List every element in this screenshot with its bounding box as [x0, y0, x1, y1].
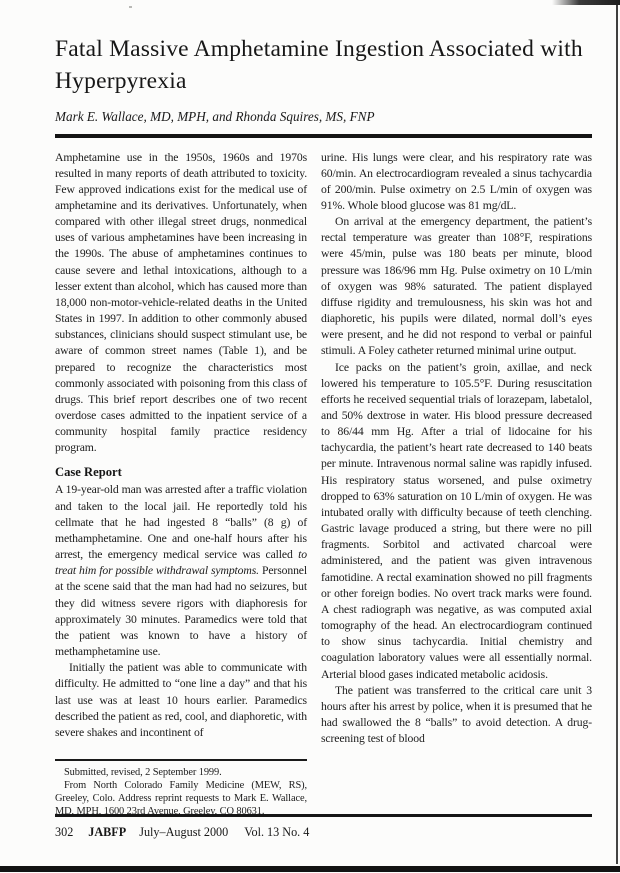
article-authors: Mark E. Wallace, MD, MPH, and Rhonda Squ… [55, 108, 592, 125]
case-paragraph-rest: Personnel at the scene said that the man… [55, 564, 307, 658]
section-heading-case-report: Case Report [55, 465, 307, 480]
paragraph-intro: Amphetamine use in the 1950s, 1960s and … [55, 150, 307, 457]
footnote-submitted: Submitted, revised, 2 September 1999. [55, 766, 307, 779]
volume-number: Vol. 13 No. 4 [244, 825, 309, 839]
scan-artifact-top-right [552, 0, 620, 5]
page-number: 302 [55, 825, 73, 839]
footnote-block: Submitted, revised, 2 September 1999. Fr… [55, 759, 307, 818]
footer-divider [55, 814, 592, 817]
case-paragraph-lead: A 19-year-old man was arrested after a t… [55, 483, 307, 561]
title-divider [55, 134, 592, 138]
paragraph-ed-arrival: On arrival at the emergency department, … [321, 214, 592, 359]
article-body-columns: Amphetamine use in the 1950s, 1960s and … [55, 150, 592, 818]
scan-edge-bottom [0, 866, 620, 872]
journal-abbreviation: JABFP [88, 825, 126, 839]
article-title: Fatal Massive Amphetamine Ingestion Asso… [55, 33, 592, 97]
left-column: Amphetamine use in the 1950s, 1960s and … [55, 150, 307, 818]
scan-speck [129, 6, 132, 8]
footnote-divider [55, 759, 307, 761]
issue-date: July–August 2000 [139, 825, 228, 839]
page-content: Fatal Massive Amphetamine Ingestion Asso… [55, 0, 592, 818]
journal-page: Fatal Massive Amphetamine Ingestion Asso… [0, 0, 620, 873]
paragraph-ccu-transfer: The patient was transferred to the criti… [321, 683, 592, 748]
right-column: urine. His lungs were clear, and his res… [321, 150, 592, 818]
page-footer: 302JABFPJuly–August 2000Vol. 13 No. 4 [55, 814, 592, 840]
footer-text: 302JABFPJuly–August 2000Vol. 13 No. 4 [55, 825, 592, 840]
paragraph-case-report-1: A 19-year-old man was arrested after a t… [55, 482, 307, 660]
paragraph-case-report-2: Initially the patient was able to commun… [55, 660, 307, 741]
paragraph-resuscitation: Ice packs on the patient’s groin, axilla… [321, 360, 592, 683]
paragraph-vitals: urine. His lungs were clear, and his res… [321, 150, 592, 215]
footnote-affiliation: From North Colorado Family Medicine (MEW… [55, 779, 307, 818]
scan-edge-right [616, 0, 618, 864]
